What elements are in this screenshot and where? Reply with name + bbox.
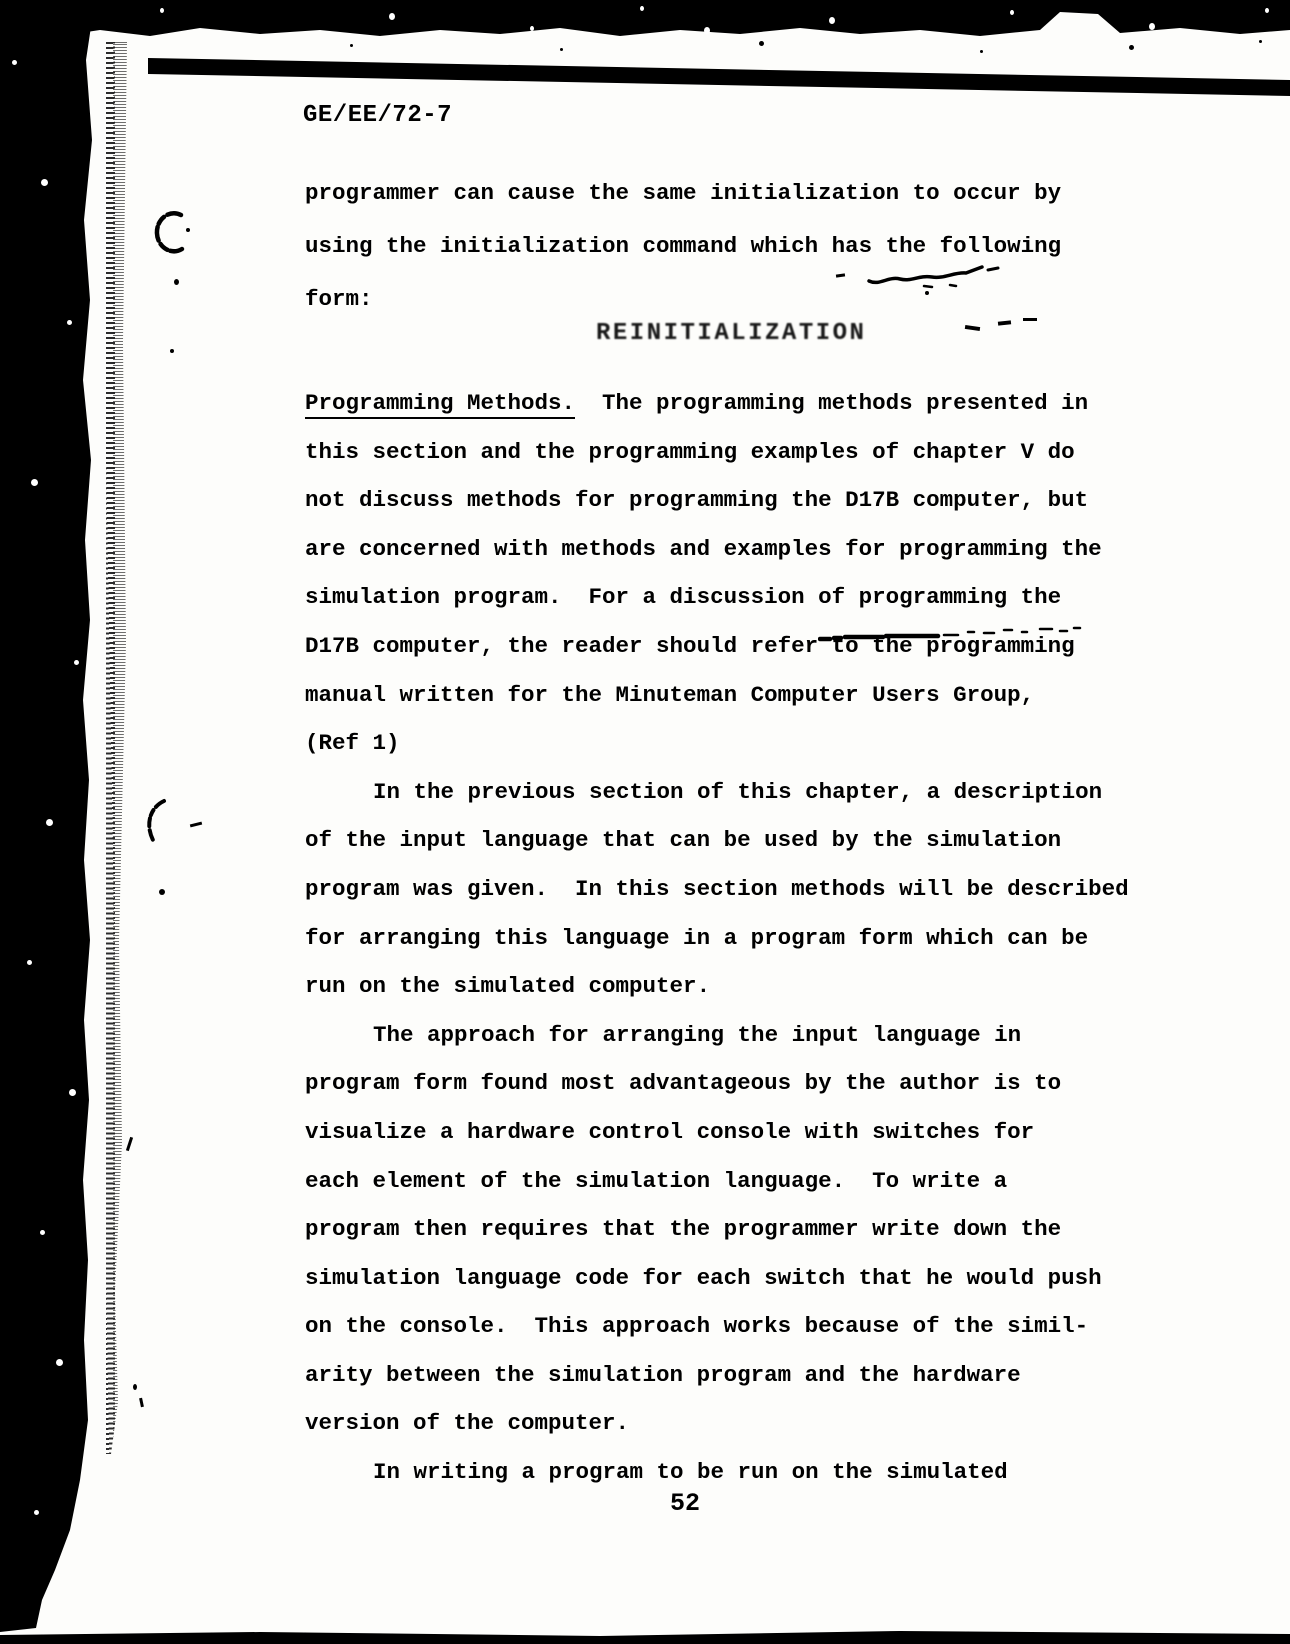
paragraph: programmer can cause the same initializa… (305, 167, 1105, 326)
text-line: not discuss methods for programming the … (305, 476, 1115, 525)
text-line: visualize a hardware control console wit… (305, 1108, 1115, 1157)
paragraph: In the previous section of this chapter,… (305, 768, 1115, 1011)
text-line: In the previous section of this chapter,… (305, 768, 1115, 817)
text-line: The approach for arranging the input lan… (305, 1011, 1115, 1060)
pencil-dash (965, 325, 980, 331)
paragraph: The approach for arranging the input lan… (305, 1011, 1115, 1448)
text-line: In writing a program to be run on the si… (305, 1448, 1115, 1497)
section-heading: Programming Methods. (305, 390, 575, 419)
scan-artifact-top-bar (0, 0, 1290, 40)
stray-dot (174, 279, 179, 285)
scan-artifact-left-bar (0, 0, 100, 1632)
text-line: on the console. This approach works beca… (305, 1302, 1115, 1351)
scan-noise-speckles (160, 8, 164, 13)
text-line: version of the computer. (305, 1399, 1115, 1448)
text-line: each element of the simulation language.… (305, 1157, 1115, 1206)
handwritten-c-mark (146, 208, 192, 256)
stray-dot (186, 228, 190, 232)
section-heading-line: Programming Methods. The programming met… (305, 379, 1115, 428)
text-line: simulation language code for each switch… (305, 1254, 1115, 1303)
crescent-mark (136, 796, 172, 850)
pencil-dash (1023, 318, 1037, 321)
paragraph: this section and the programming example… (305, 428, 1115, 768)
stray-dot (925, 291, 929, 295)
report-number: GE/EE/72-7 (303, 102, 452, 129)
section-heading-continuation: The programming methods presented in (575, 390, 1088, 416)
text-line: program form found most advantageous by … (305, 1059, 1115, 1108)
stray-dot (170, 349, 174, 353)
text-line: arity between the simulation program and… (305, 1351, 1115, 1400)
paragraph: In writing a program to be run on the si… (305, 1448, 1115, 1497)
scan-artifact-page-edge (148, 50, 1290, 98)
text-line: simulation program. For a discussion of … (305, 573, 1115, 622)
pencil-dash (190, 822, 202, 828)
text-line: program then requires that the programme… (305, 1205, 1115, 1254)
stray-mark (139, 1398, 144, 1407)
page-number: 52 (670, 1489, 700, 1518)
pencil-scribble (866, 262, 1006, 292)
command-title: REINITIALIZATION (596, 320, 866, 347)
text-line: for arranging this language in a program… (305, 914, 1115, 963)
stray-dot (159, 889, 165, 895)
text-line: manual written for the Minuteman Compute… (305, 671, 1115, 720)
scan-noise-specks (350, 44, 353, 47)
scanned-document-page: GE/EE/72-7 programmer can cause the same… (0, 0, 1290, 1644)
text-line: (Ref 1) (305, 719, 1115, 768)
scan-artifact-binding-noise (106, 42, 128, 1454)
pencil-scribble (818, 626, 1086, 646)
text-line: of the input language that can be used b… (305, 816, 1115, 865)
scan-artifact-bottom-bar (0, 1631, 1290, 1644)
text-line: programmer can cause the same initializa… (305, 167, 1105, 220)
stray-dot (133, 1384, 137, 1390)
page-body: Programming Methods. The programming met… (305, 379, 1115, 1497)
scan-noise-speckles (12, 60, 17, 65)
text-line: program was given. In this section metho… (305, 865, 1115, 914)
stray-mark (126, 1137, 133, 1151)
text-line: run on the simulated computer. (305, 962, 1115, 1011)
text-line: this section and the programming example… (305, 428, 1115, 477)
text-line: are concerned with methods and examples … (305, 525, 1115, 574)
